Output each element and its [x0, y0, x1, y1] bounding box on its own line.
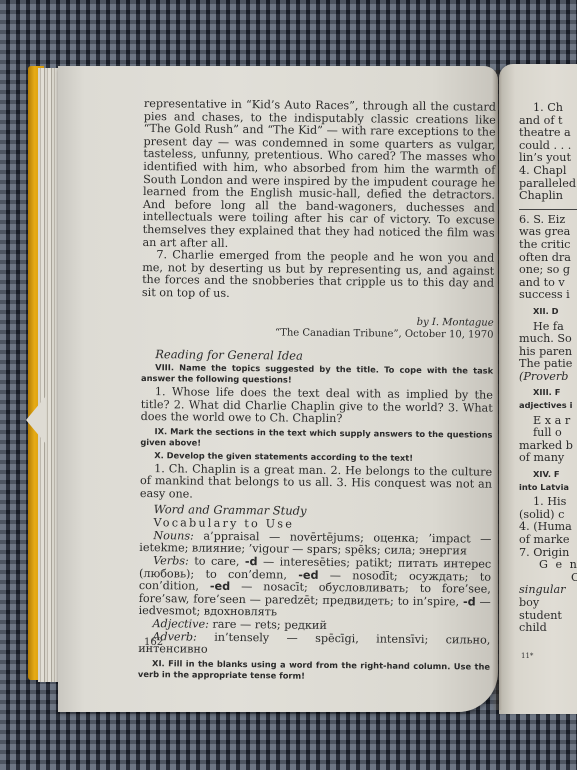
right-line: 4. Chapl: [519, 165, 577, 178]
task-12-heading: XII. D: [519, 305, 577, 318]
verb-suffix: -ed: [210, 580, 230, 593]
right-page-text: 1. Ch and of t theatre a could . . . lin…: [519, 102, 577, 635]
paragraph-7: 7. Charlie emerged from the people and h…: [142, 249, 495, 303]
right-line: the critic: [519, 239, 577, 252]
paragraph-6-continued: representative in “Kid’s Auto Races”, th…: [142, 98, 496, 253]
right-line: theatre a: [519, 127, 577, 140]
horizontal-rule: [519, 209, 577, 210]
right-line: (Proverb: [519, 371, 577, 384]
task-13-heading: XIII. F: [519, 386, 577, 399]
section-heading-reading: Reading for General Idea: [155, 348, 493, 364]
left-page-number: 162: [144, 637, 163, 648]
word-child: child: [519, 622, 577, 635]
right-line: of marke: [519, 534, 577, 547]
page-edges: [38, 68, 60, 682]
task-11-instruction: XI. Fill in the blanks using a word from…: [138, 658, 490, 684]
adjective-label: Adjective:: [152, 617, 209, 631]
genitive-heading: G e n i: [519, 559, 577, 572]
right-line: of many: [519, 452, 577, 465]
nouns-label: Nouns:: [153, 529, 194, 542]
left-page-text: representative in “Kid’s Auto Races”, th…: [138, 98, 496, 685]
right-line: 1. Ch: [519, 102, 577, 115]
right-line: The patie: [519, 358, 577, 371]
right-line: success i: [519, 289, 577, 302]
article-signature: by I. Montague “The Canadian Tribune”, O…: [141, 313, 493, 341]
word-boy: boy: [519, 597, 577, 610]
task-14-heading-cont: into Latvia: [519, 481, 577, 494]
torn-page-flap: [26, 396, 46, 444]
vocab-adverb: Adverb: in’tensely — spēcīgi, intensīvi;…: [138, 631, 490, 660]
verb-suffix: -ed: [298, 568, 318, 581]
verb-care: to care,: [194, 555, 239, 568]
right-line: full o: [519, 427, 577, 440]
task-8-instruction: VIII. Name the topics suggested by the t…: [141, 362, 493, 388]
right-page-number: 11*: [521, 652, 533, 660]
verb-suffix: -d: [463, 595, 476, 608]
task-14-heading: XIV. F: [519, 468, 577, 481]
verb-suffix: -d: [245, 555, 258, 568]
right-line: much. So: [519, 333, 577, 346]
task-8-questions: 1. Whose life does the text deal with as…: [141, 386, 493, 427]
right-line: Chaplin: [519, 190, 577, 203]
task-9-instruction: IX. Mark the sections in the text which …: [140, 426, 492, 452]
right-line: 1. His: [519, 496, 577, 509]
vocab-verbs: Verbs: to care, -d — interesēties; patik…: [139, 555, 492, 622]
right-line: one; so g: [519, 264, 577, 277]
verbs-label: Verbs:: [153, 554, 189, 567]
task-13-heading-cont: adjectives i: [519, 399, 577, 412]
task-10-statements: 1. Ch. Chaplin is a great man. 2. He bel…: [140, 463, 492, 504]
